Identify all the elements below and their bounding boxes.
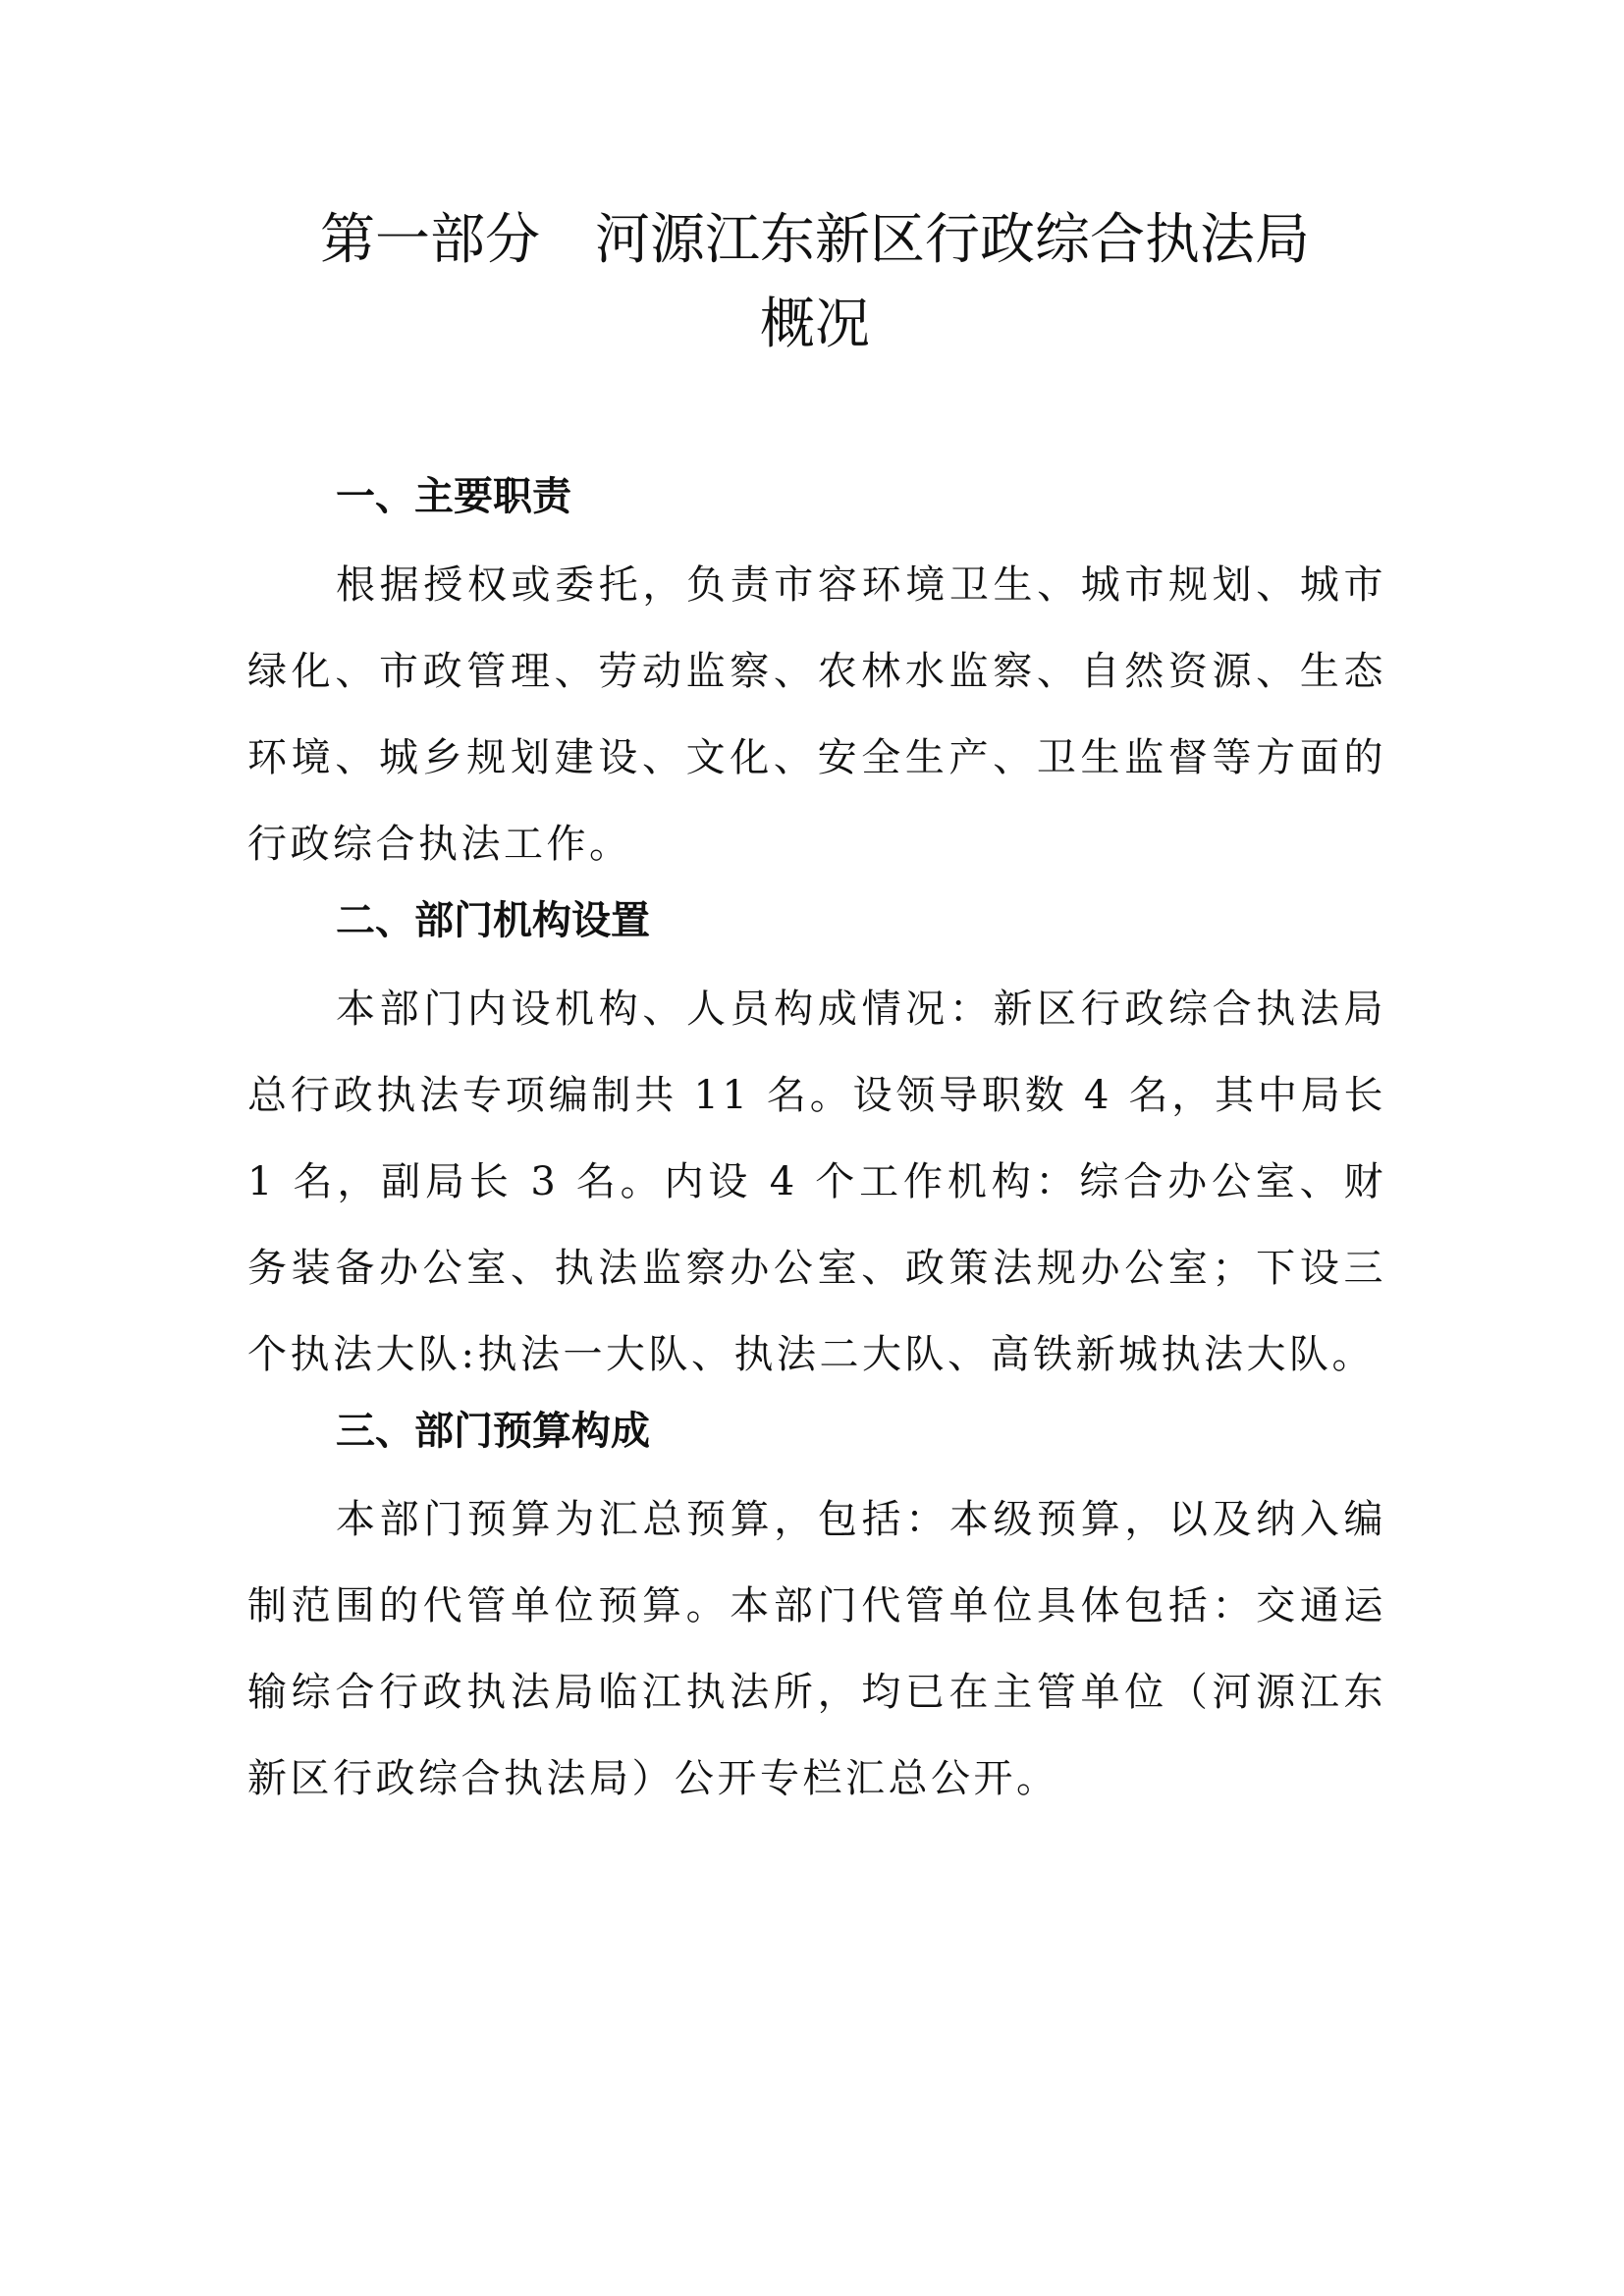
section-paragraph-budget-composition: 本部门预算为汇总预算，包括：本级预算，以及纳入编制范围的代管单位预算。本部门代管… <box>247 1476 1386 1822</box>
document-page: 第一部分河源江东新区行政综合执法局 概况 一、主要职责 根据授权或委托，负责市容… <box>0 0 1624 2296</box>
title-org-name: 河源江东新区行政综合执法局 <box>595 208 1310 272</box>
section-heading-org-structure: 二、部门机构设置 <box>336 891 650 950</box>
section-heading-main-duties: 一、主要职责 <box>336 467 571 526</box>
page-title: 第一部分河源江东新区行政综合执法局 <box>245 196 1384 285</box>
section-paragraph-org-structure: 本部门内设机构、人员构成情况：新区行政综合执法局总行政执法专项编制共 11 名。… <box>247 966 1386 1398</box>
section-heading-budget-composition: 三、部门预算构成 <box>336 1402 650 1461</box>
section-paragraph-main-duties: 根据授权或委托，负责市容环境卫生、城市规划、城市绿化、市政管理、劳动监察、农林水… <box>247 542 1386 887</box>
page-title-line2: 概况 <box>245 281 1384 369</box>
title-part-label: 第一部分 <box>320 208 540 272</box>
